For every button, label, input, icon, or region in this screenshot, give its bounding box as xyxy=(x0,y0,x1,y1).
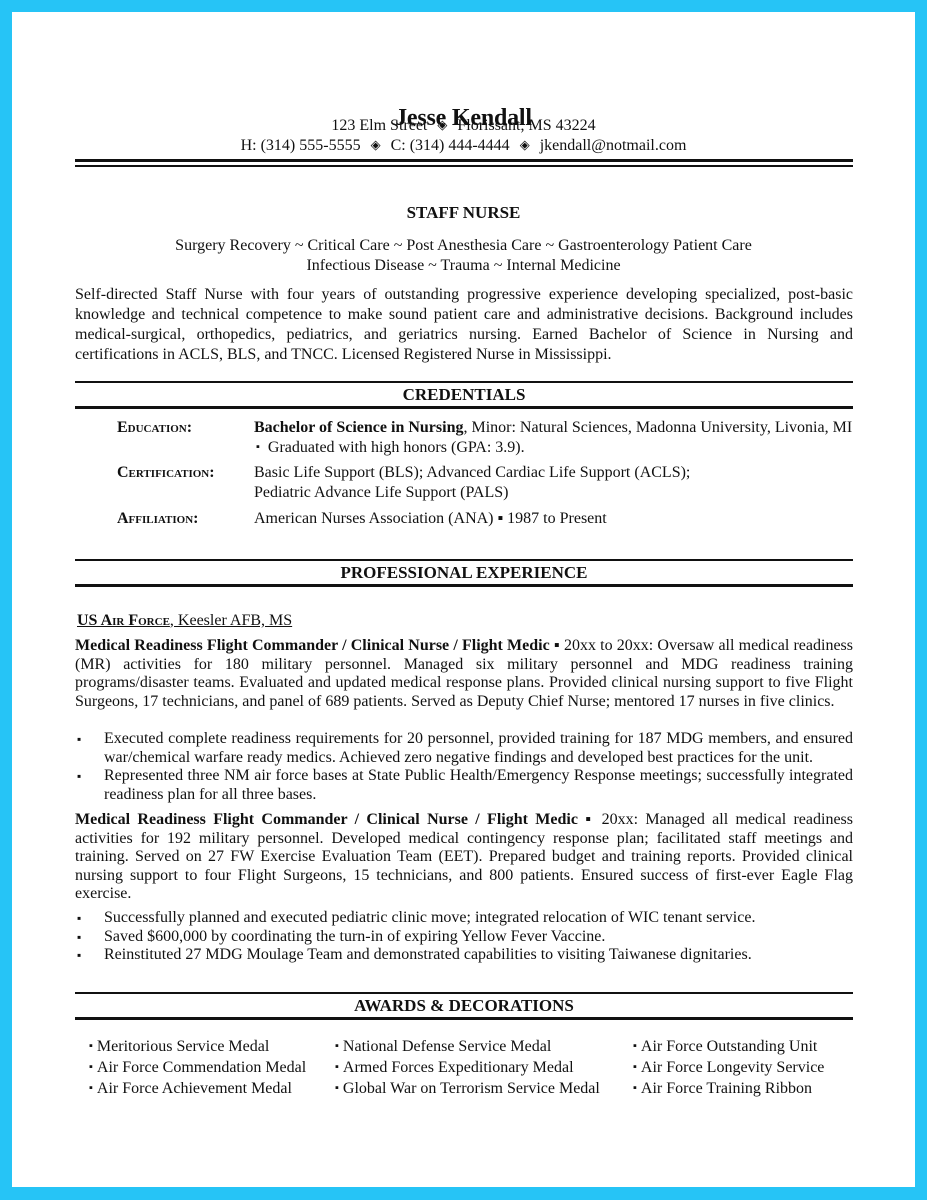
address-street: 123 Elm Street xyxy=(331,117,427,134)
awards-column-3: ▪Air Force Outstanding Unit ▪Air Force L… xyxy=(633,1037,824,1100)
role-title: Medical Readiness Flight Commander / Cli… xyxy=(75,811,578,828)
diamond-separator-icon: ◈ xyxy=(520,135,530,155)
credential-label: Affiliation: xyxy=(117,509,198,529)
award-item: ▪National Defense Service Medal xyxy=(335,1037,600,1058)
award-item: ▪Air Force Training Ribbon xyxy=(633,1079,824,1100)
credential-education: Education: Bachelor of Science in Nursin… xyxy=(117,418,857,458)
resume-page: Jesse Kendall 123 Elm Street ◈ Florissan… xyxy=(12,12,915,1187)
awards-column-1: ▪Meritorious Service Medal ▪Air Force Co… xyxy=(89,1037,306,1100)
profile-summary: Self-directed Staff Nurse with four year… xyxy=(75,285,853,365)
employer-location: , Keesler AFB, MS xyxy=(170,612,292,629)
bullet-icon: ▪ xyxy=(89,1040,93,1052)
bullet-icon: ▪ xyxy=(633,1040,637,1052)
bullet-icon: ▪ xyxy=(335,1061,339,1073)
address-city: Florissant, MS 43224 xyxy=(457,117,595,134)
award-item: ▪Air Force Longevity Service xyxy=(633,1058,824,1079)
award-item: ▪Air Force Outstanding Unit xyxy=(633,1037,824,1058)
certification-line-1: Basic Life Support (BLS); Advanced Cardi… xyxy=(254,463,854,483)
section-header-credentials: CREDENTIALS xyxy=(75,381,853,409)
role-1-bullets: ▪ Executed complete readiness requiremen… xyxy=(75,730,853,804)
credential-label: Education: xyxy=(117,418,192,438)
bullet-icon: ▪ xyxy=(77,909,81,928)
phone-home: H: (314) 555-5555 xyxy=(241,137,361,154)
phone-cell: C: (314) 444-4444 xyxy=(391,137,510,154)
affiliation-value: American Nurses Association (ANA) ▪ 1987… xyxy=(254,509,854,529)
contact-line: H: (314) 555-5555 ◈ C: (314) 444-4444 ◈ … xyxy=(12,136,915,156)
email-link[interactable]: jkendall@notmail.com xyxy=(540,137,687,154)
specialties: Surgery Recovery ~ Critical Care ~ Post … xyxy=(12,236,915,276)
award-item: ▪Air Force Commendation Medal xyxy=(89,1058,306,1079)
honors: Graduated with high honors (GPA: 3.9). xyxy=(268,439,525,456)
job-title: STAFF NURSE xyxy=(12,203,915,223)
bullet-icon: ▪ xyxy=(77,767,81,786)
bullet-icon: ▪ xyxy=(77,946,81,965)
degree-detail: , Minor: Natural Sciences, Madonna Unive… xyxy=(463,419,852,436)
award-item: ▪Air Force Achievement Medal xyxy=(89,1079,306,1100)
award-item: ▪Meritorious Service Medal xyxy=(89,1037,306,1058)
bullet-icon: ▪ xyxy=(77,928,81,947)
employer-org: US Air Force xyxy=(77,612,170,629)
credential-certification: Certification: Basic Life Support (BLS);… xyxy=(117,463,857,503)
list-item: ▪ Represented three NM air force bases a… xyxy=(75,767,853,804)
specialties-line-1: Surgery Recovery ~ Critical Care ~ Post … xyxy=(12,236,915,256)
section-title: AWARDS & DECORATIONS xyxy=(75,996,853,1016)
address-line: 123 Elm Street ◈ Florissant, MS 43224 xyxy=(12,116,915,136)
awards-column-2: ▪National Defense Service Medal ▪Armed F… xyxy=(335,1037,600,1100)
section-header-experience: PROFESSIONAL EXPERIENCE xyxy=(75,559,853,587)
degree: Bachelor of Science in Nursing xyxy=(254,419,463,436)
certification-line-2: Pediatric Advance Life Support (PALS) xyxy=(254,483,854,503)
bullet-icon: ▪ xyxy=(256,441,260,453)
role-1-description: Medical Readiness Flight Commander / Cli… xyxy=(75,637,853,711)
bullet-icon: ▪ xyxy=(335,1082,339,1094)
section-title: CREDENTIALS xyxy=(75,385,853,405)
role-2-bullets: ▪ Successfully planned and executed pedi… xyxy=(75,909,853,965)
section-title: PROFESSIONAL EXPERIENCE xyxy=(75,563,853,583)
role-2-description: Medical Readiness Flight Commander / Cli… xyxy=(75,811,853,904)
bullet-icon: ▪ xyxy=(633,1061,637,1073)
list-item: ▪ Saved $600,000 by coordinating the tur… xyxy=(75,928,853,947)
bullet-icon: ▪ xyxy=(335,1040,339,1052)
bullet-icon: ▪ xyxy=(77,730,81,749)
list-item: ▪ Successfully planned and executed pedi… xyxy=(75,909,853,928)
bullet-icon: ▪ xyxy=(89,1061,93,1073)
award-item: ▪Global War on Terrorism Service Medal xyxy=(335,1079,600,1100)
role-title: Medical Readiness Flight Commander / Cli… xyxy=(75,637,550,654)
award-item: ▪Armed Forces Expeditionary Medal xyxy=(335,1058,600,1079)
employer-heading: US Air Force, Keesler AFB, MS xyxy=(77,611,292,631)
diamond-separator-icon: ◈ xyxy=(437,115,447,135)
list-item: ▪ Reinstituted 27 MDG Moulage Team and d… xyxy=(75,946,853,965)
section-header-awards: AWARDS & DECORATIONS xyxy=(75,992,853,1020)
bullet-icon: ▪ xyxy=(89,1082,93,1094)
credential-label: Certification: xyxy=(117,463,215,483)
specialties-line-2: Infectious Disease ~ Trauma ~ Internal M… xyxy=(12,256,915,276)
bullet-icon: ▪ xyxy=(633,1082,637,1094)
diamond-separator-icon: ◈ xyxy=(371,135,381,155)
list-item: ▪ Executed complete readiness requiremen… xyxy=(75,730,853,767)
credential-affiliation: Affiliation: American Nurses Association… xyxy=(117,509,857,529)
